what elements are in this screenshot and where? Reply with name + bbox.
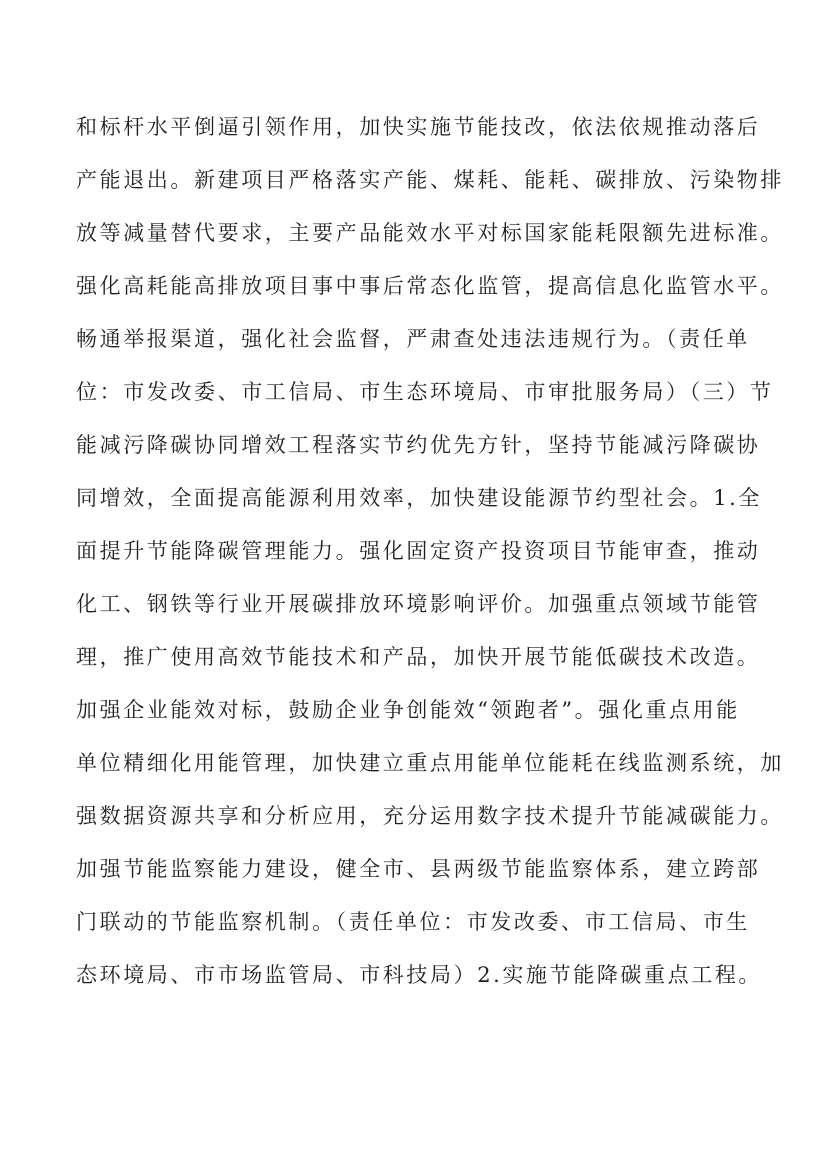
text-line: 强化高耗能高排放项目事中事后常态化监管，提高信息化监管水平。	[76, 272, 756, 325]
text-line: 产能退出。新建项目严格落实产能、煤耗、能耗、碳排放、污染物排	[76, 166, 756, 219]
text-line: 加强企业能效对标，鼓励企业争创能效“领跑者”。强化重点用能	[76, 696, 756, 749]
text-line: 门联动的节能监察机制。（责任单位：市发改委、市工信局、市生	[76, 908, 756, 961]
body-paragraph: 和标杆水平倒逼引领作用，加快实施节能技改，依法依规推动落后 产能退出。新建项目严…	[76, 113, 756, 1014]
text-line: 化工、钢铁等行业开展碳排放环境影响评价。加强重点领域节能管	[76, 590, 756, 643]
text-line: 和标杆水平倒逼引领作用，加快实施节能技改，依法依规推动落后	[76, 113, 756, 166]
text-line: 态环境局、市市场监管局、市科技局）2.实施节能降碳重点工程。	[76, 961, 756, 1014]
text-line: 强数据资源共享和分析应用，充分运用数字技术提升节能减碳能力。	[76, 802, 756, 855]
text-line: 面提升节能降碳管理能力。强化固定资产投资项目节能审查，推动	[76, 537, 756, 590]
text-line: 能减污降碳协同增效工程落实节约优先方针，坚持节能减污降碳协	[76, 431, 756, 484]
text-line: 位：市发改委、市工信局、市生态环境局、市审批服务局）（三）节	[76, 378, 756, 431]
document-page: 和标杆水平倒逼引领作用，加快实施节能技改，依法依规推动落后 产能退出。新建项目严…	[0, 0, 826, 1169]
text-line: 单位精细化用能管理，加快建立重点用能单位能耗在线监测系统，加	[76, 749, 756, 802]
text-line: 放等减量替代要求，主要产品能效水平对标国家能耗限额先进标准。	[76, 219, 756, 272]
text-line: 同增效，全面提高能源利用效率，加快建设能源节约型社会。1.全	[76, 484, 756, 537]
text-line: 理，推广使用高效节能技术和产品，加快开展节能低碳技术改造。	[76, 643, 756, 696]
text-line: 加强节能监察能力建设，健全市、县两级节能监察体系，建立跨部	[76, 855, 756, 908]
text-line: 畅通举报渠道，强化社会监督，严肃查处违法违规行为。（责任单	[76, 325, 756, 378]
